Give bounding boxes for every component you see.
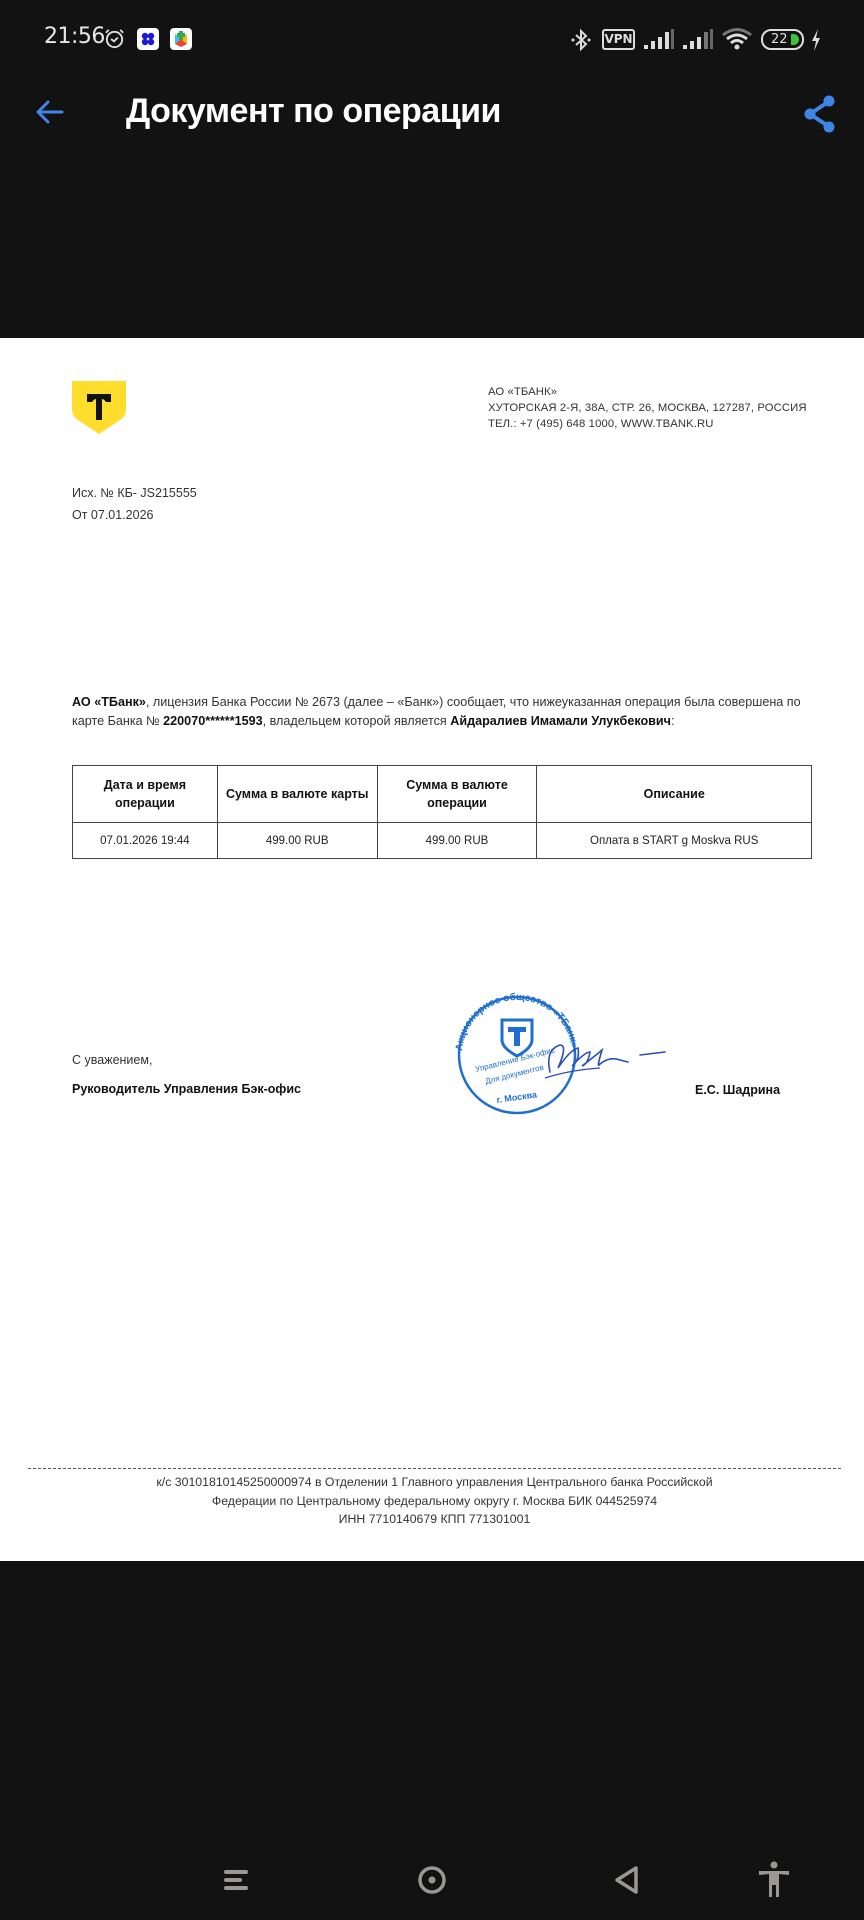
bank-name-bold: АО «ТБанк» — [72, 695, 146, 709]
cell-datetime: 07.01.2026 19:44 — [73, 823, 218, 859]
home-icon — [416, 1864, 448, 1896]
card-number: 220070******1593 — [163, 714, 262, 728]
operation-table: Дата и время операции Сумма в валюте кар… — [72, 765, 812, 859]
document-reference: Исх. № КБ- JS215555 От 07.01.2026 — [72, 482, 197, 526]
header-datetime: Дата и время операции — [73, 766, 218, 823]
signal-icon — [682, 28, 714, 50]
battery-icon: 22 — [761, 29, 804, 50]
navigation-bar — [0, 1840, 864, 1920]
recent-apps-icon — [223, 1868, 251, 1892]
back-icon — [612, 1864, 642, 1896]
signer-name: Е.С. Шадрина — [695, 1083, 780, 1097]
regards-text: С уважением, — [72, 1053, 152, 1067]
bank-info: АО «ТБАНК» ХУТОРСКАЯ 2-Я, 38А, СТР. 26, … — [488, 384, 807, 432]
reference-number: Исх. № КБ- JS215555 — [72, 482, 197, 504]
footer-line-2: Федерации по Центральному федеральному о… — [28, 1492, 841, 1511]
arrow-left-icon — [34, 96, 66, 128]
tbank-logo-icon — [72, 381, 126, 435]
system-back-button[interactable] — [605, 1858, 649, 1902]
header-description: Описание — [537, 766, 812, 823]
share-icon — [802, 95, 838, 133]
vpn-icon: VPN — [602, 29, 635, 50]
card-owner: Айдаралиев Имамали Улукбекович — [450, 714, 671, 728]
play-games-icon — [170, 28, 192, 50]
bank-address: ХУТОРСКАЯ 2-Я, 38А, СТР. 26, МОСКВА, 127… — [488, 400, 807, 416]
back-button[interactable] — [28, 90, 72, 134]
home-button[interactable] — [410, 1858, 454, 1902]
page-title: Документ по операции — [126, 92, 501, 131]
footer-line-3: ИНН 7710140679 КПП 771301001 — [28, 1510, 841, 1529]
header-operation-amount: Сумма в валюте операции — [377, 766, 537, 823]
statement-text: АО «ТБанк», лицензия Банка России № 2673… — [72, 693, 817, 731]
table-header-row: Дата и время операции Сумма в валюте кар… — [73, 766, 812, 823]
bluetooth-icon — [569, 28, 593, 52]
accessibility-icon — [757, 1861, 791, 1899]
recent-apps-button[interactable] — [215, 1858, 259, 1902]
stamp-city: г. Москва — [496, 1089, 539, 1105]
charging-icon — [810, 28, 822, 52]
header-card-amount: Сумма в валюте карты — [217, 766, 377, 823]
app-notification-icon — [137, 28, 159, 50]
bank-stamp-signature: Акционерное общество «ТБанк» Управление … — [450, 990, 685, 1120]
app-bar: Документ по операции — [0, 78, 864, 148]
footer-requisites: к/с 30101810145250000974 в Отделении 1 Г… — [28, 1473, 841, 1529]
battery-level: 22 — [771, 31, 788, 48]
bank-contacts: ТЕЛ.: +7 (495) 648 1000, WWW.TBANK.RU — [488, 416, 807, 432]
alarm-icon — [103, 27, 126, 50]
clock: 21:56 — [44, 24, 105, 49]
reference-date: От 07.01.2026 — [72, 504, 197, 526]
cell-description: Оплата в START g Moskva RUS — [537, 823, 812, 859]
cell-operation-amount: 499.00 RUB — [377, 823, 537, 859]
signer-position: Руководитель Управления Бэк-офис — [72, 1082, 301, 1096]
cell-card-amount: 499.00 RUB — [217, 823, 377, 859]
accessibility-button[interactable] — [752, 1858, 796, 1902]
battery-fill — [791, 34, 799, 45]
table-row: 07.01.2026 19:44 499.00 RUB 499.00 RUB О… — [73, 823, 812, 859]
share-button[interactable] — [798, 92, 842, 136]
status-bar: 21:56 VPN 2 — [0, 0, 864, 78]
document-page: АО «ТБАНК» ХУТОРСКАЯ 2-Я, 38А, СТР. 26, … — [0, 338, 864, 1561]
statement-part: , владельцем которой является — [263, 714, 451, 728]
statement-part: : — [671, 714, 675, 728]
bank-name: АО «ТБАНК» — [488, 384, 807, 400]
footer-line-1: к/с 30101810145250000974 в Отделении 1 Г… — [28, 1473, 841, 1492]
signal-icon — [643, 28, 675, 50]
footer-divider — [28, 1468, 841, 1469]
wifi-icon — [721, 27, 753, 51]
